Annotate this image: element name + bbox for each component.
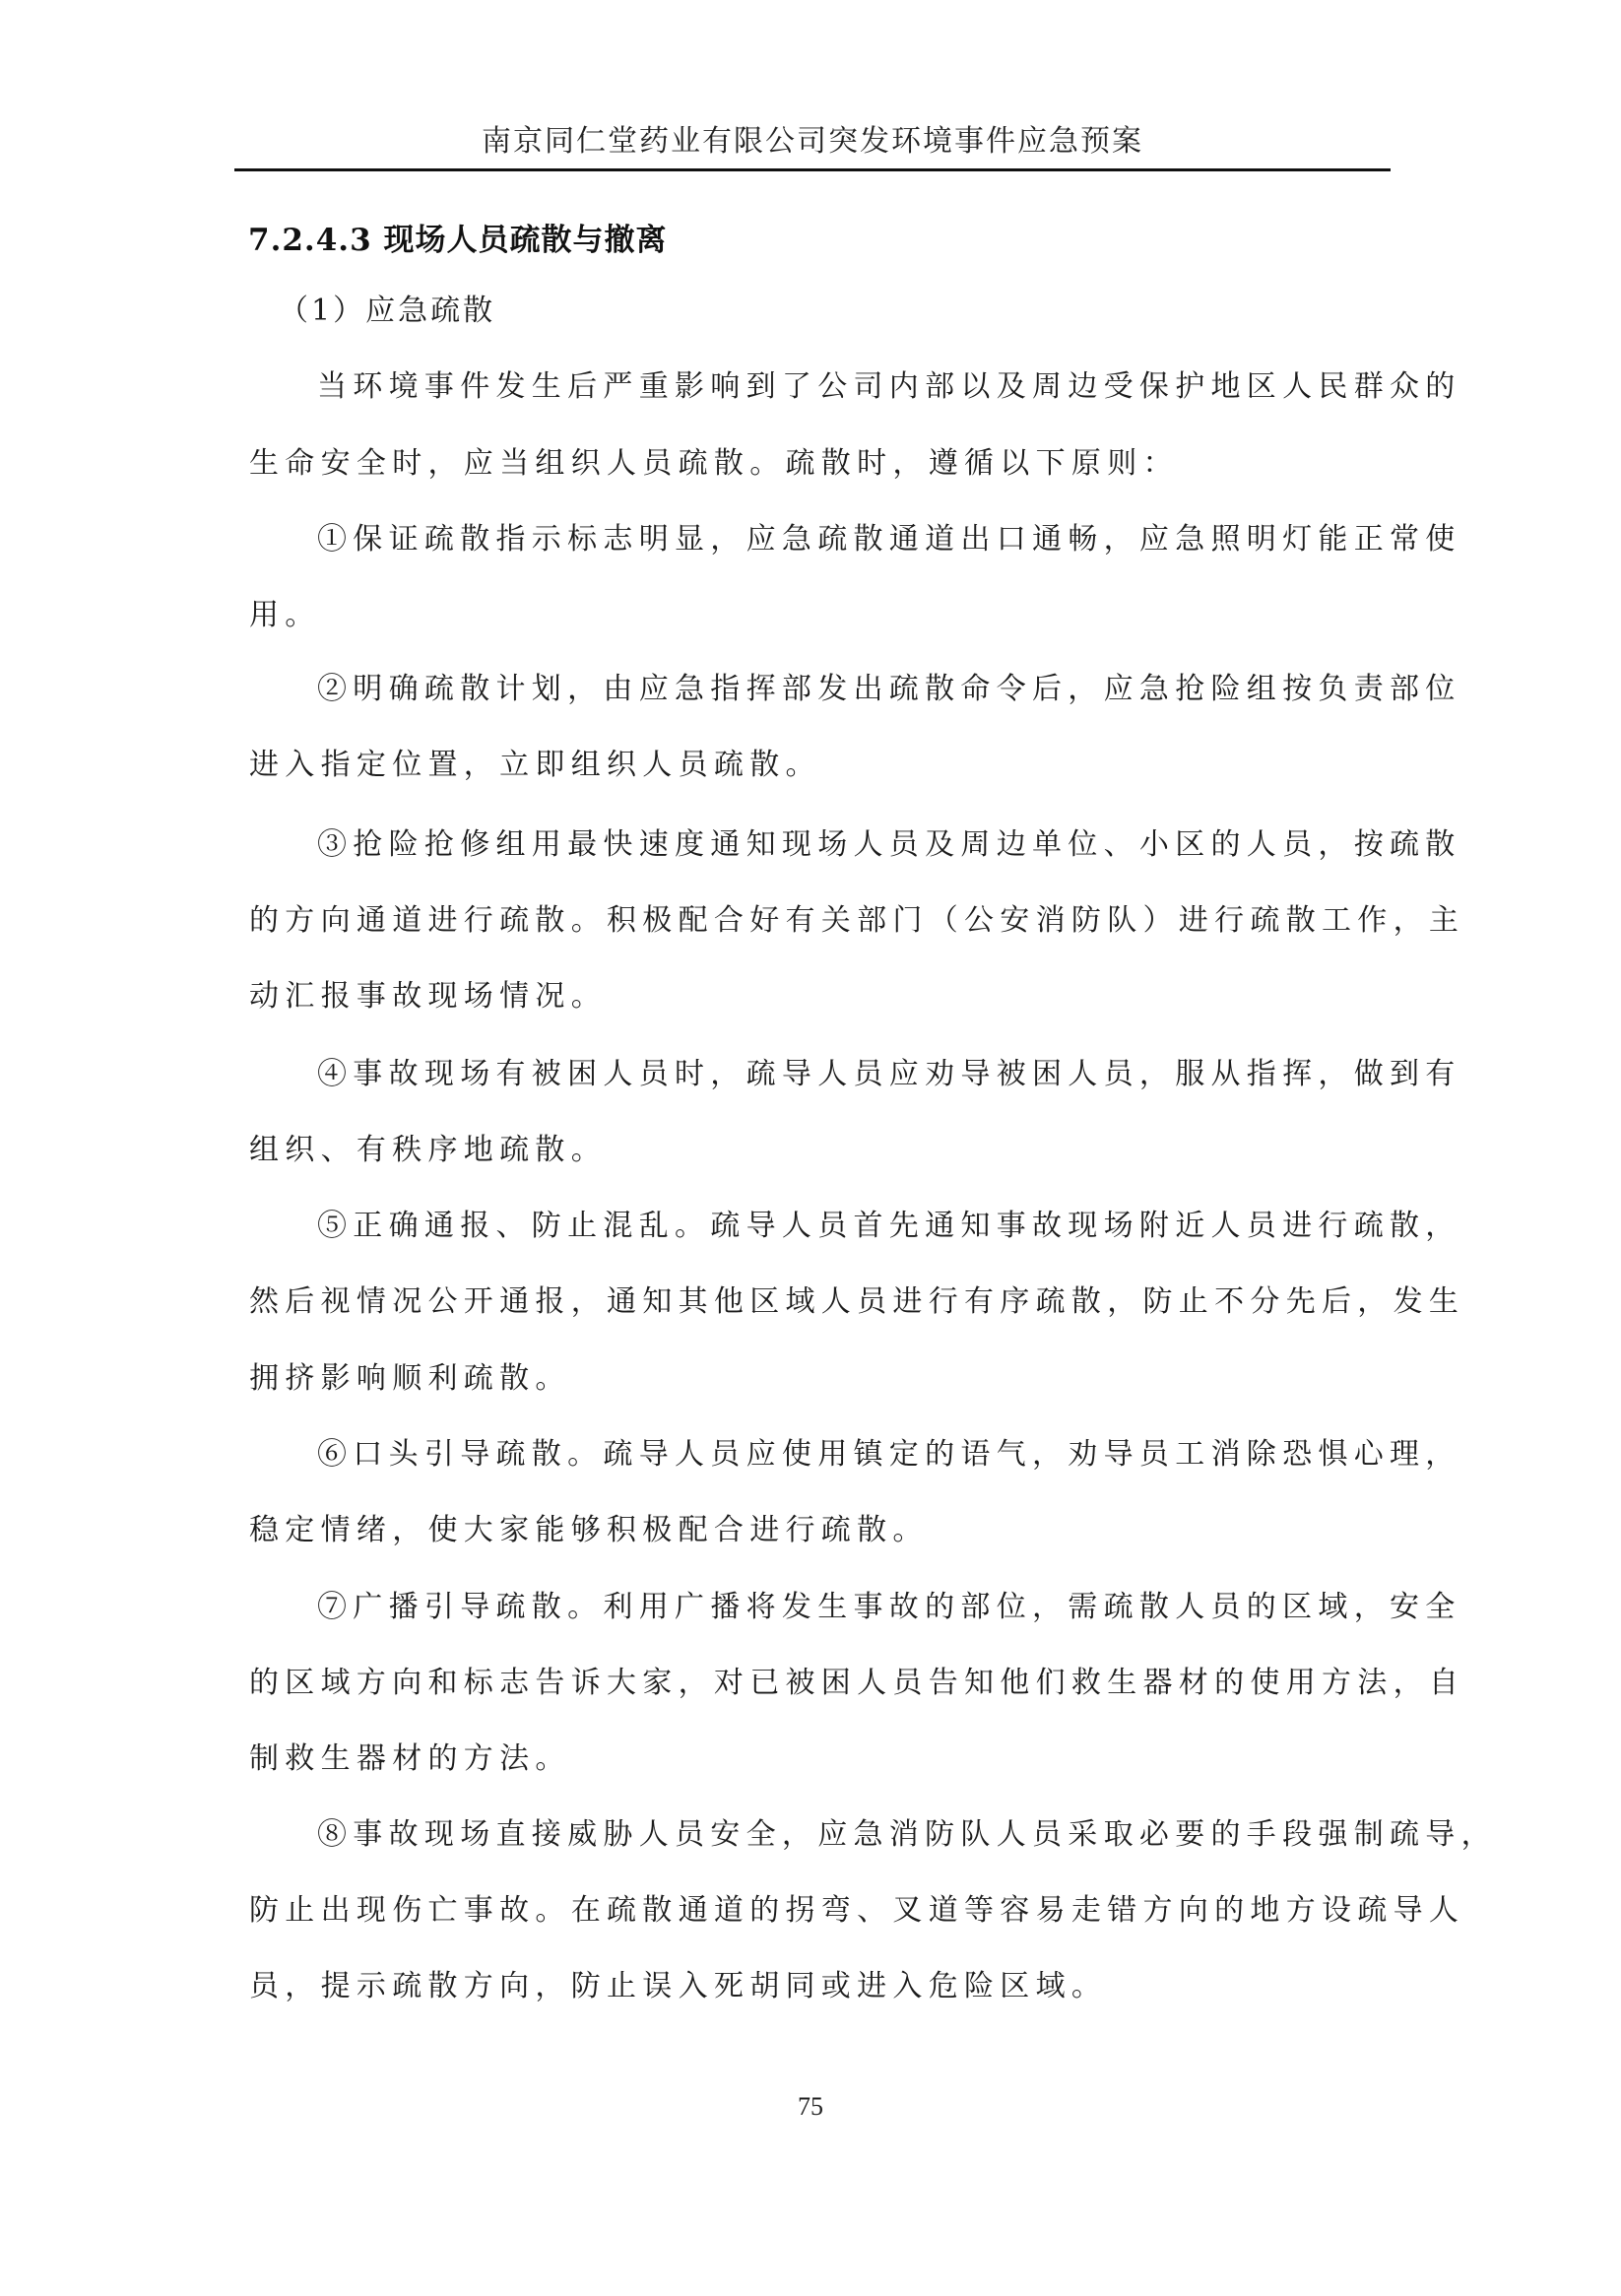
- paragraph-line: 然后视情况公开通报，通知其他区域人员进行有序疏散，防止不分先后，发生: [249, 1282, 1392, 1322]
- page-number: 75: [0, 2092, 1621, 2122]
- paragraph-line: ②明确疏散计划，由应急指挥部发出疏散命令后，应急抢险组按负责部位: [317, 670, 1391, 709]
- paragraph-line: ⑧事故现场直接威胁人员安全，应急消防队人员采取必要的手段强制疏导，: [317, 1815, 1391, 1855]
- paragraph-line: 用。: [249, 596, 1392, 635]
- section-heading: 7.2.4.3 现场人员疏散与撤离: [248, 215, 667, 259]
- paragraph-line: ⑦广播引导疏散。利用广播将发生事故的部位，需疏散人员的区域，安全: [317, 1588, 1391, 1627]
- subsection-heading: （1）应急疏散: [279, 292, 1421, 331]
- paragraph-line: 拥挤影响顺利疏散。: [249, 1359, 1392, 1399]
- running-header: 南京同仁堂药业有限公司突发环境事件应急预案: [234, 116, 1391, 160]
- paragraph-line: 的方向通道进行疏散。积极配合好有关部门（公安消防队）进行疏散工作，主: [249, 901, 1392, 941]
- paragraph-line: ⑥口头引导疏散。疏导人员应使用镇定的语气，劝导员工消除恐惧心理，: [317, 1435, 1391, 1475]
- paragraph-line: ③抢险抢修组用最快速度通知现场人员及周边单位、小区的人员，按疏散: [317, 825, 1391, 865]
- header-divider: [234, 168, 1391, 171]
- paragraph-line: 组织、有秩序地疏散。: [249, 1131, 1392, 1170]
- paragraph-line: 当环境事件发生后严重影响到了公司内部以及周边受保护地区人民群众的: [317, 367, 1391, 407]
- paragraph-line: ⑤正确通报、防止混乱。疏导人员首先通知事故现场附近人员进行疏散，: [317, 1207, 1391, 1246]
- paragraph-line: ④事故现场有被困人员时，疏导人员应劝导被困人员，服从指挥，做到有: [317, 1055, 1391, 1094]
- paragraph-line: 稳定情绪，使大家能够积极配合进行疏散。: [249, 1511, 1392, 1550]
- paragraph-line: 防止出现伤亡事故。在疏散通道的拐弯、叉道等容易走错方向的地方设疏导人: [249, 1891, 1392, 1931]
- paragraph-line: 进入指定位置，立即组织人员疏散。: [249, 746, 1392, 785]
- paragraph-line: 的区域方向和标志告诉大家，对已被困人员告知他们救生器材的使用方法，自: [249, 1664, 1392, 1703]
- paragraph-line: ①保证疏散指示标志明显，应急疏散通道出口通畅，应急照明灯能正常使: [317, 520, 1391, 559]
- paragraph-line: 生命安全时，应当组织人员疏散。疏散时，遵循以下原则：: [249, 444, 1392, 484]
- paragraph-line: 制救生器材的方法。: [249, 1739, 1392, 1779]
- document-page: 南京同仁堂药业有限公司突发环境事件应急预案 7.2.4.3 现场人员疏散与撤离 …: [0, 0, 1621, 2296]
- paragraph-line: 员，提示疏散方向，防止误入死胡同或进入危险区域。: [249, 1967, 1392, 2006]
- paragraph-line: 动汇报事故现场情况。: [249, 977, 1392, 1017]
